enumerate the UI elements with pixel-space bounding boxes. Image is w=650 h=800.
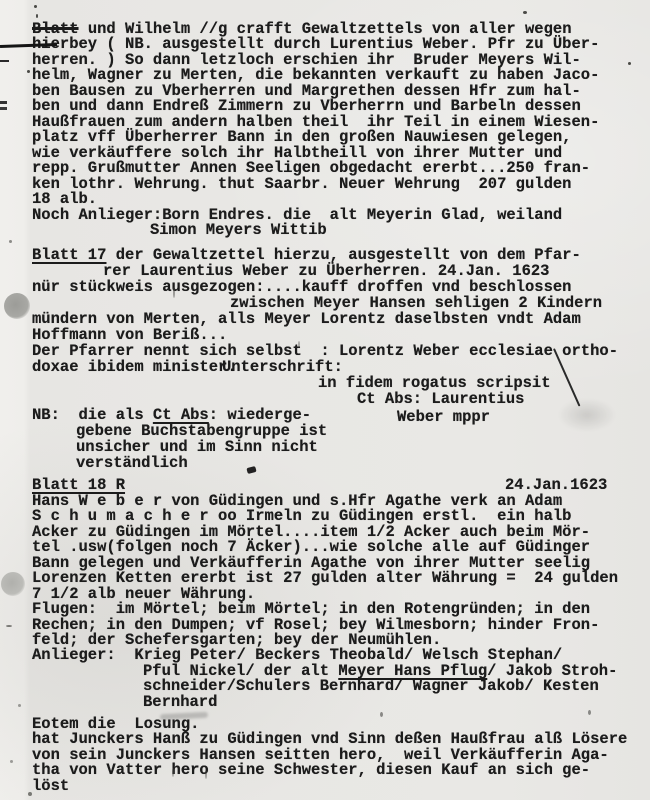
text-line: tha von Vatter hero seine Schwester, die… — [32, 763, 590, 778]
text-line: Ct Abs: Laurentius — [357, 392, 524, 407]
text-line: Flugen: im Mörtel; beim Mörtel; in den R… — [32, 602, 590, 617]
speck-mark — [34, 5, 37, 8]
text-line: Blatt 18 R — [32, 478, 125, 493]
text-line: repp. Grußmutter Annen Seeligen obgedach… — [32, 161, 590, 176]
text-line: Blatt 17 der Gewaltzettel hierzu, ausges… — [32, 248, 581, 263]
speck-mark — [36, 14, 38, 18]
speck-mark — [298, 341, 300, 348]
text-line: 24.Jan.1623 — [505, 478, 607, 493]
speck-mark — [18, 704, 21, 707]
speck-mark — [10, 760, 13, 763]
speck-mark — [173, 287, 175, 298]
text-line: ken lothr. Wehrung. thut Saarbr. Neuer W… — [32, 177, 572, 192]
margin-tick-mark — [0, 60, 9, 62]
speck-mark — [628, 62, 631, 65]
text-line: schneider/Schulers Bernhard/ Wagner Jako… — [143, 679, 599, 694]
text-line: nür stückweis ausgezogen:....kauff droff… — [32, 280, 572, 295]
text-line: ben und dann Endreß Zimmern zu Vberherrn… — [32, 99, 581, 114]
hole-punch-mark — [4, 293, 30, 319]
text-line: Weber mppr — [397, 410, 490, 425]
edge-mark — [0, 101, 7, 104]
speck-mark — [172, 768, 174, 777]
speck-mark — [523, 11, 527, 14]
text-line: platz vff Überherrer Bann in den großen … — [32, 130, 572, 145]
text-line: NB: die als Ct Abs: wiederge- — [32, 408, 311, 423]
speck-mark — [28, 792, 32, 796]
text-line: zwischen Meyer Hansen sehligen 2 Kindern — [230, 296, 602, 311]
ink-smudge — [558, 398, 616, 432]
scanned-document-page: Blatt und Wilhelm //g crafft Gewaltzette… — [0, 0, 650, 800]
text-line: tel .usw(folgen noch 7 Äcker)...wie solc… — [32, 540, 590, 555]
text-line: löst — [32, 779, 69, 794]
speck-mark — [380, 712, 383, 717]
text-line: Lorenzen Ketten ererbt ist 27 gulden alt… — [32, 571, 618, 586]
text-line: verständlich — [76, 456, 188, 471]
speck-mark — [6, 625, 12, 627]
text-line: 18 alb. — [32, 192, 97, 207]
text-line: Hoffmann von Beriß... — [32, 328, 227, 343]
speck-mark — [588, 710, 591, 715]
speck-mark — [27, 70, 30, 73]
text-line: doxae ibidem minister. — [32, 360, 237, 375]
hole-punch-mark — [1, 572, 25, 596]
text-line: Bernhard — [143, 695, 217, 710]
text-line: S c h u m a c h e r oo Irmeln zu Güdinge… — [32, 509, 572, 524]
text-line: gebene Buchstabengruppe ist — [76, 424, 327, 439]
speck-mark — [9, 240, 12, 243]
text-line: hat Junckers Hanß zu Güdingen vnd Sinn d… — [32, 732, 627, 747]
text-line: rer Laurentius Weber zu Überherren. 24.J… — [103, 264, 549, 279]
text-line: hierbey ( NB. ausgestellt durch Lurentiu… — [32, 37, 599, 52]
text-line: mündern von Merten, alls Meyer Lorentz d… — [32, 312, 581, 327]
text-line: Anlieger: Krieg Peter/ Beckers Theobald/… — [32, 648, 562, 663]
text-line: unsicher und im Sinn nicht — [76, 440, 318, 455]
text-line: Der Pfarrer nennt sich selbst : Lorentz … — [32, 344, 618, 359]
text-line: Simon Meyers Wittib — [150, 223, 327, 238]
text-line: in fidem rogatus scripsit — [318, 376, 551, 391]
text-line: Unterschrift: — [222, 360, 343, 375]
ink-blob — [246, 466, 256, 474]
text-line: helm, Wagner zu Merten, die bekannten ve… — [32, 68, 599, 83]
speck-mark — [205, 770, 207, 779]
